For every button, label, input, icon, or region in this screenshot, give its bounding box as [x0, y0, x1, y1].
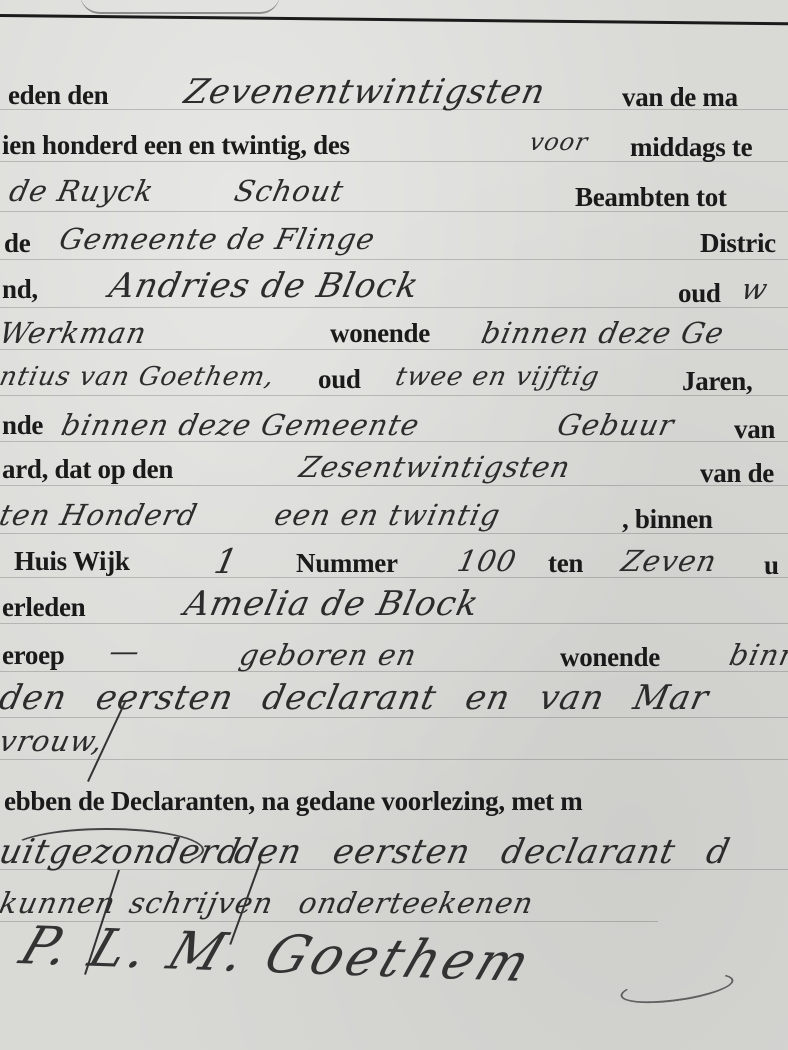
handwritten-text: 100 [454, 544, 520, 578]
document-page: eden den Zevenentwintigsten van de ma ie… [0, 0, 788, 1050]
handwritten-text: kunnen [0, 886, 119, 920]
handwritten-text: Andries de Block [106, 266, 423, 306]
printed-text: u [764, 550, 779, 581]
handwritten-text: Zesentwintigsten [296, 450, 574, 484]
record-line: de Ruyck Schout Beambten tot [0, 174, 788, 218]
handwritten-text: w [738, 272, 771, 306]
record-line: de Gemeente de Flinge Distric [0, 222, 788, 266]
printed-text: nde [2, 410, 43, 441]
printed-text: van [734, 414, 775, 445]
handwritten-text: ten Honderd [0, 498, 201, 532]
handwritten-text: Amelia de Block [181, 584, 483, 624]
handwritten-text: de Ruyck [6, 174, 157, 208]
record-line: nd, Andries de Block oud w [0, 270, 788, 314]
handwritten-text: Gemeente de Flinge [56, 222, 378, 256]
handwritten-text: binnen deze Ge [478, 316, 727, 350]
record-line: ard, dat op den Zesentwintigsten van de [0, 448, 788, 492]
record-line: nde binnen deze Gemeente Gebuur van [0, 404, 788, 448]
printed-text: wonende [560, 642, 660, 673]
handwritten-text: Werkman [0, 316, 150, 350]
record-line: eroep — geboren en wonende binn [0, 634, 788, 678]
printed-text: Distric [700, 228, 776, 259]
record-line: ten Honderd een en twintig , binnen [0, 496, 788, 540]
record-line: ebben de Declaranten, na gedane voorlezi… [0, 780, 788, 824]
printed-text: ien honderd een en twintig, des [2, 130, 350, 161]
record-line: Werkman wonende binnen deze Ge [0, 312, 788, 356]
handwritten-text: twee en vijftig [393, 362, 603, 392]
handwritten-text: den eersten declarant en van Mar [0, 678, 713, 718]
handwritten-text: voor [527, 128, 591, 156]
record-line: Huis Wijk 1 Nummer 100 ten Zeven u [0, 540, 788, 584]
record-line: ien honderd een en twintig, des voor mid… [0, 124, 788, 168]
printed-text: eden den [8, 80, 108, 111]
header-divider [0, 14, 788, 25]
printed-text: oud [678, 278, 721, 309]
printed-text: Nummer [296, 548, 398, 579]
printed-text: middags te [630, 132, 752, 163]
printed-text: eroep [2, 640, 64, 671]
handwritten-text: geboren en [236, 638, 420, 672]
handwritten-text: een en twintig [271, 498, 503, 532]
printed-text: Huis Wijk [14, 546, 130, 577]
handwritten-text: Zeven [618, 544, 720, 578]
printed-text: ten [548, 548, 583, 579]
handwritten-text: vrouw, [0, 724, 107, 758]
printed-text: ard, dat op den [2, 454, 173, 485]
record-line: eden den Zevenentwintigsten van de ma [0, 72, 788, 116]
handwritten-text: schrijven onderteekenen [126, 886, 537, 920]
handwritten-text: ntius van Goethem, [0, 362, 278, 392]
printed-text: ebben de Declaranten, na gedane voorlezi… [4, 786, 582, 817]
handwritten-text: Schout [231, 174, 347, 208]
record-line: erleden Amelia de Block [0, 586, 788, 630]
record-line: ntius van Goethem, oud twee en vijftig J… [0, 358, 788, 402]
handwritten-text: den eersten declarant d [231, 832, 734, 872]
printed-text: erleden [2, 592, 85, 623]
printed-text: , binnen [622, 504, 713, 535]
printed-text: oud [318, 364, 361, 395]
printed-text: Jaren, [682, 366, 752, 397]
handwritten-text: Gebuur [554, 408, 677, 442]
printed-text: Beambten tot [575, 182, 727, 213]
printed-text: wonende [330, 318, 430, 349]
handwritten-text: uitgezonderd [0, 832, 245, 872]
record-line: vrouw, [0, 722, 788, 766]
signature-flourish [619, 967, 736, 1009]
handwritten-text: binnen deze Gemeente [58, 408, 423, 442]
handwritten-text: — [106, 634, 143, 668]
printed-text: van de [700, 458, 774, 489]
printed-text: van de ma [622, 82, 738, 113]
printed-text: nd, [2, 274, 38, 305]
handwritten-text: Zevenentwintigsten [181, 72, 549, 112]
handwritten-flourish [80, 0, 280, 14]
printed-text: de [4, 228, 30, 259]
handwritten-text: binn [726, 638, 788, 672]
handwritten-text: 1 [211, 542, 242, 582]
